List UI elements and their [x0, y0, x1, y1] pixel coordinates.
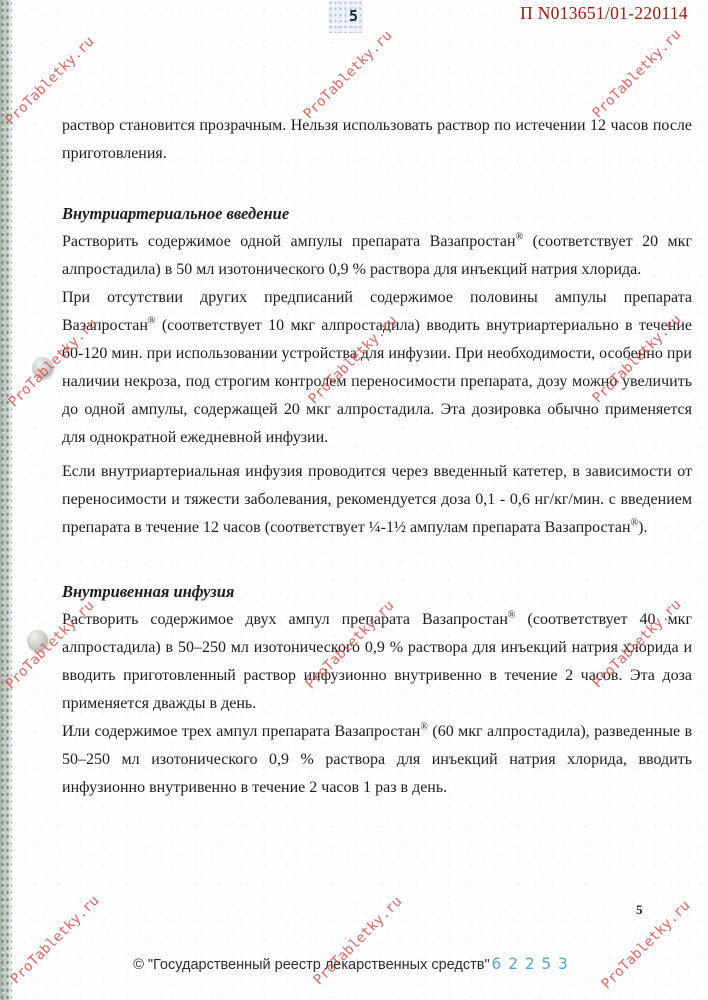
watermark-protabletky: ProTabletky.ru: [301, 28, 396, 123]
stamp-digits: 62253: [492, 954, 575, 973]
paragraph-no-other-prescriptions: При отсутствии других предписаний содерж…: [62, 284, 692, 452]
watermark-protabletky: ProTabletky.ru: [599, 898, 694, 993]
watermark-protabletky: ProTabletky.ru: [8, 893, 103, 988]
copyright-text: © "Государственный реестр лекарственных …: [133, 957, 489, 973]
paragraph-dissolve-one-ampoule: Растворить содержимое одной ампулы препа…: [62, 228, 692, 284]
paragraph-three-ampoules: Или содержимое трех ампул препарата Ваза…: [62, 718, 692, 802]
heading-intraarterial-administration: Внутриартериальное введение: [62, 200, 692, 228]
paragraph-solution-clear: раствор становится прозрачным. Нельзя ис…: [62, 112, 692, 168]
scan-edge-strip: [0, 0, 12, 1000]
registration-number: П N013651/01-220114: [520, 3, 688, 24]
paragraph-catheter-infusion: Если внутриартериальная инфузия проводит…: [62, 458, 692, 542]
page-number-top: 5: [349, 7, 358, 25]
footer-copyright-line: © "Государственный реестр лекарственных …: [0, 954, 708, 973]
scan-speckle-patch: [328, 0, 364, 33]
page-number-bottom: 5: [636, 902, 643, 918]
document-body: раствор становится прозрачным. Нельзя ис…: [62, 112, 692, 802]
watermark-protabletky: ProTabletky.ru: [590, 27, 685, 122]
watermark-protabletky: ProTabletky.ru: [311, 894, 406, 989]
document-page: 5 П N013651/01-220114 раствор становится…: [0, 0, 708, 1000]
heading-intravenous-infusion: Внутривенная инфузия: [62, 578, 692, 606]
